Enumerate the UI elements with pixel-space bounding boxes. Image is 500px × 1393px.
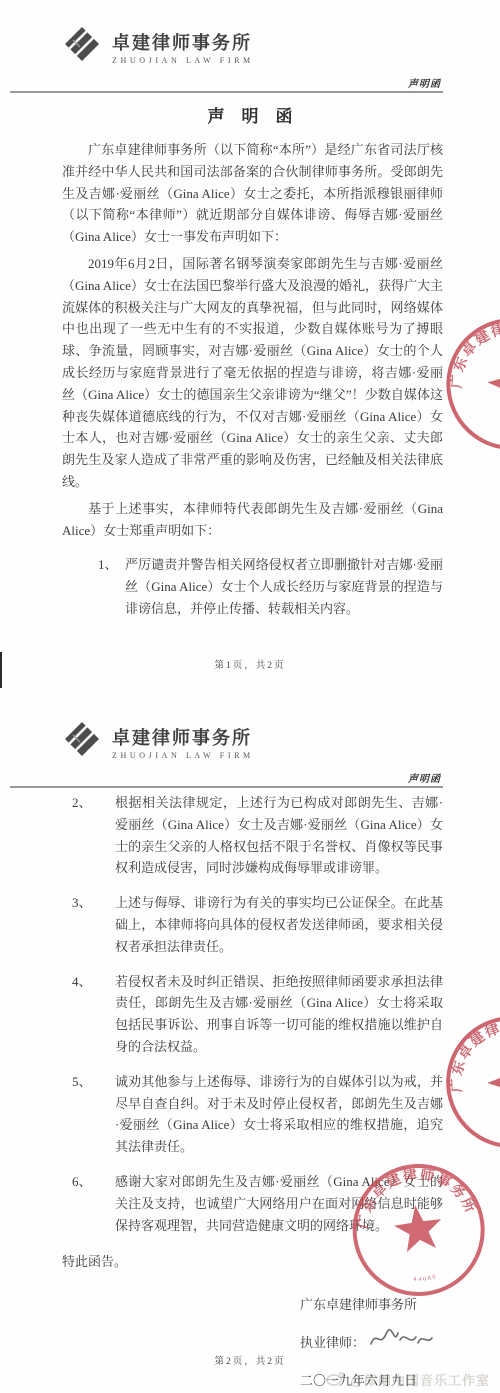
firm-logo-icon xyxy=(62,719,102,764)
page-2: 卓建律师事务所 ZHUOJIAN LAW FIRM 声明函 2、 根据相关法律规… xyxy=(0,695,500,1393)
seal-rim-text: 广东卓建律师事务所 xyxy=(435,307,500,393)
firm-name-cn: 卓建律师事务所 xyxy=(112,724,254,750)
item-text: 上述与侮辱、诽谤行为有关的事实均已公证保全。在此基础上，本律师将向具体的侵权者发… xyxy=(115,892,443,957)
svg-text:44080: 44080 xyxy=(412,1273,438,1284)
item-text: 诚劝其他参与上述侮辱、诽谤行为的自媒体引以为戒，并尽早自查自纠。对于未及时停止侵… xyxy=(115,1071,443,1158)
seal-number: 44080 xyxy=(412,1273,438,1284)
svg-text:广东卓建律师事务所: 广东卓建律师事务所 xyxy=(435,307,500,393)
statement-letter-document: 卓建律师事务所 ZHUOJIAN LAW FIRM 声明函 声 明 函 广东卓建… xyxy=(0,0,500,1393)
signature-date: 二〇一九年六月九日 xyxy=(300,1365,500,1393)
letterhead: 卓建律师事务所 ZHUOJIAN LAW FIRM xyxy=(62,695,500,764)
firm-name-block: 卓建律师事务所 ZHUOJIAN LAW FIRM xyxy=(112,724,254,760)
page-1: 卓建律师事务所 ZHUOJIAN LAW FIRM 声明函 声 明 函 广东卓建… xyxy=(0,0,500,695)
item-number: 1、 xyxy=(98,554,125,619)
paragraph-intro: 广东卓建律师事务所（以下简称“本所”）是经广东省司法厅核准并经中华人民共和国司法… xyxy=(62,139,443,248)
item-text: 感谢大家对郎朗先生及吉娜·爱丽丝（Gina Alice）女士的关注及支持，也诚望… xyxy=(115,1171,443,1236)
paragraph-declare: 基于上述事实，本律师特代表郎朗先生及吉娜·爱丽丝（Gina Alice）女士郑重… xyxy=(62,498,443,542)
statement-item-1: 1、 严厉谴责并警告相关网络侵权者立即删撤针对吉娜·爱丽丝（Gina Alice… xyxy=(62,554,443,619)
firm-name-en: ZHUOJIAN LAW FIRM xyxy=(112,751,254,760)
header-rule: 声明函 xyxy=(10,764,443,788)
lawyer-label: 执业律师： xyxy=(300,1327,365,1358)
statement-item-4: 4、 若侵权者未及时纠正错误、拒绝按照律师函要求承担法律责任，郎朗先生及吉娜·爱… xyxy=(62,971,443,1058)
item-text: 严厉谴责并警告相关网络侵权者立即删撤针对吉娜·爱丽丝（Gina Alice）女士… xyxy=(125,554,443,619)
signature-firm-name: 广东卓建律师事务所 xyxy=(300,1289,500,1320)
firm-name-block: 卓建律师事务所 ZHUOJIAN LAW FIRM xyxy=(112,29,254,65)
signature-block: 广东卓建律师事务所 执业律师： 二〇一九年六月九日 xyxy=(300,1289,500,1393)
firm-logo-icon xyxy=(62,24,102,69)
item-number: 5、 xyxy=(72,1071,115,1158)
closing-line: 特此函告。 xyxy=(62,1251,443,1273)
statement-item-6: 6、 感谢大家对郎朗先生及吉娜·爱丽丝（Gina Alice）女士的关注及支持，… xyxy=(62,1171,443,1236)
page1-footer: 第1页，共2页 xyxy=(0,657,500,671)
statement-item-2: 2、 根据相关法律规定，上述行为已构成对郎朗先生、吉娜·爱丽丝（Gina Ali… xyxy=(62,792,443,879)
doc-type-label: 声明函 xyxy=(408,770,441,785)
item-text: 根据相关法律规定，上述行为已构成对郎朗先生、吉娜·爱丽丝（Gina Alice）… xyxy=(115,792,443,879)
item-number: 6、 xyxy=(72,1171,115,1236)
item-number: 4、 xyxy=(72,971,115,1058)
document-title: 声 明 函 xyxy=(0,102,500,127)
item-number: 2、 xyxy=(72,792,115,879)
page1-content: 广东卓建律师事务所（以下简称“本所”）是经广东省司法厅核准并经中华人民共和国司法… xyxy=(62,139,443,620)
item-number: 3、 xyxy=(72,892,115,957)
scan-artifact-line xyxy=(0,652,2,688)
paragraph-facts: 2019年6月2日，国际著名钢琴演奏家郎朗先生与吉娜·爱丽丝（Gina Alic… xyxy=(62,253,443,493)
header-rule: 声明函 xyxy=(10,69,443,93)
handwritten-signature xyxy=(367,1324,439,1365)
doc-type-label: 声明函 xyxy=(408,75,441,90)
letterhead: 卓建律师事务所 ZHUOJIAN LAW FIRM xyxy=(62,0,500,69)
firm-name-en: ZHUOJIAN LAW FIRM xyxy=(112,56,254,65)
statement-item-5: 5、 诚劝其他参与上述侮辱、诽谤行为的自媒体引以为戒，并尽早自查自纠。对于未及时… xyxy=(62,1071,443,1158)
item-text: 若侵权者未及时纠正错误、拒绝按照律师函要求承担法律责任，郎朗先生及吉娜·爱丽丝（… xyxy=(115,971,443,1058)
page2-content: 2、 根据相关法律规定，上述行为已构成对郎朗先生、吉娜·爱丽丝（Gina Ali… xyxy=(62,792,443,1273)
signature-lawyer-row: 执业律师： xyxy=(300,1320,500,1365)
statement-item-3: 3、 上述与侮辱、诽谤行为有关的事实均已公证保全。在此基础上，本律师将向具体的侵… xyxy=(62,892,443,957)
firm-name-cn: 卓建律师事务所 xyxy=(112,29,254,55)
